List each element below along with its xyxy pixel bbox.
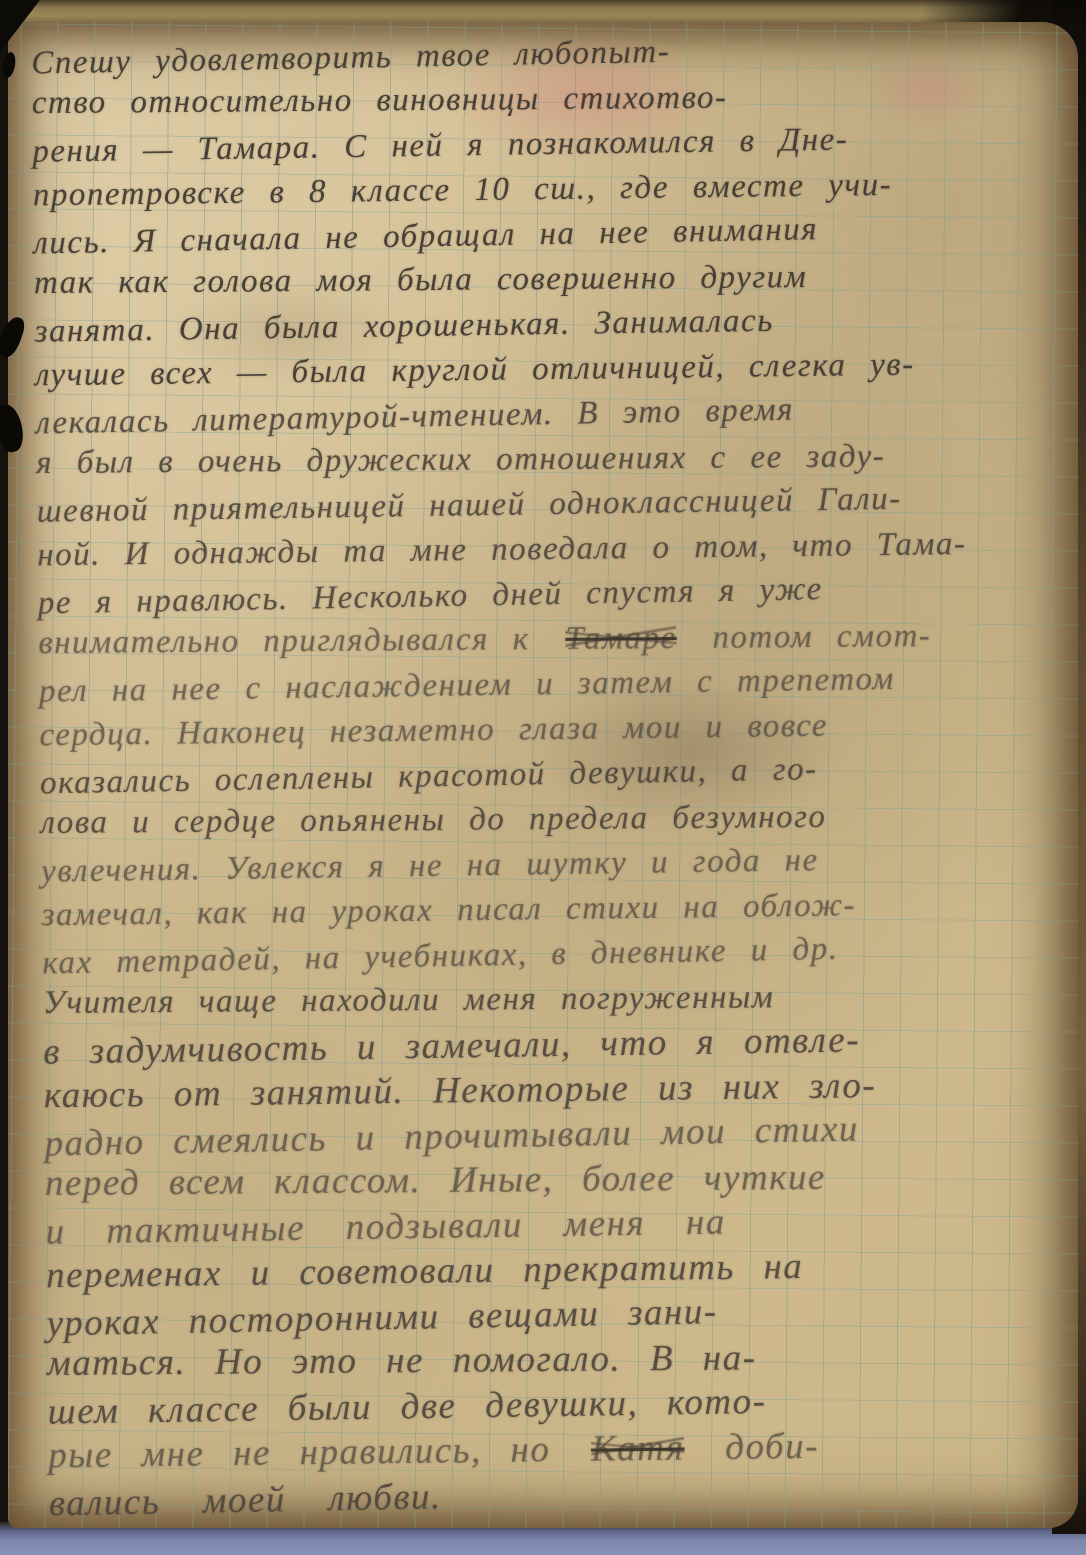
handwritten-text: потом смот- <box>712 618 931 656</box>
handwritten-text: доби- <box>725 1426 819 1468</box>
handwritten-text-block: Спешу удовлетворить твое любопыт- ство о… <box>31 26 1078 1524</box>
notebook-page: Спешу удовлетворить твое любопыт- ство о… <box>8 22 1078 1528</box>
struck-word: Катя <box>591 1425 685 1471</box>
scan-background: { "colors": { "paper": "#d2bd92", "grid_… <box>0 0 1086 1555</box>
handwritten-text: внимательно приглядывался к <box>38 621 529 661</box>
struck-word: Тамаре <box>565 616 677 662</box>
handwritten-text: рые мне не нравились, но <box>48 1429 551 1476</box>
